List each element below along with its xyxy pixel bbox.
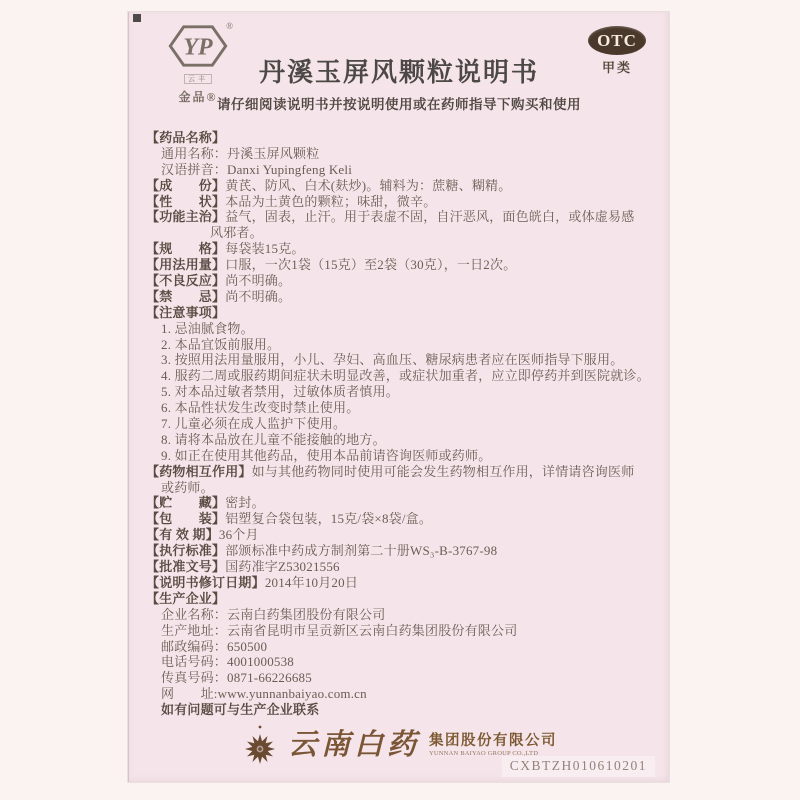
document-line: 【药品名称】 [146, 127, 661, 143]
document-line: 【用法用量】口服，一次1袋（15克）至2袋（30克），一日2次。 [146, 254, 661, 270]
document-line: 【禁 忌】尚不明确。 [146, 286, 661, 302]
document-line: 8. 请将本品放在儿童不能接触的地方。 [146, 429, 661, 445]
document-line: 5. 对本品过敏者禁用，过敏体质者慎用。 [146, 381, 661, 397]
document-line: 【不良反应】尚不明确。 [146, 270, 661, 286]
document-line: 【成 份】黄芪、防风、白术(麸炒)。辅料为：蔗糖、糊精。 [146, 175, 661, 191]
document-line: 3. 按照用法用量服用，小儿、孕妇、高血压、糖尿病患者应在医师指导下服用。 [146, 349, 661, 365]
document-line: 【贮 藏】密封。 [146, 492, 661, 508]
document-line: 电话号码：4001000538 [146, 651, 661, 667]
document-line: 【药物相互作用】如与其他药物同时使用可能会发生药物相互作用，详情请咨询医师 [146, 461, 661, 477]
document-line: 6. 本品性状发生改变时禁止使用。 [146, 397, 661, 413]
document-line: 4. 服药二周或服药期间症状未明显改善，或症状加重者，应立即停药并到医院就诊。 [146, 365, 661, 381]
document-line: 生产地址：云南省昆明市呈贡新区云南白药集团股份有限公司 [146, 620, 661, 636]
document-line: 【执行标准】部颁标准中药成方制剂第二十册WS₃-B-3767-98 [146, 540, 661, 556]
registration-mark [133, 14, 141, 22]
section-text: 尚不明确。 [225, 289, 291, 304]
document-line: 【规 格】每袋装15克。 [146, 238, 661, 254]
document-body: 【药品名称】 通用名称：丹溪玉屏风颗粒 汉语拼音：Danxi Yupingfen… [146, 127, 661, 715]
company-calligraphy: 云南白药 [288, 730, 420, 760]
document-line: 【注意事项】 [146, 302, 661, 318]
document-line: 【生产企业】 [146, 588, 661, 604]
otc-badge: OTC 甲类 [585, 26, 649, 76]
document-line: 【有 效 期】36个月 [146, 524, 661, 540]
document-line: 【功能主治】益气，固表，止汗。用于表虚不固，自汗恶风，面色㿠白，或体虚易感 [146, 206, 661, 222]
document-line: 9. 如正在使用其他药品，使用本品前请咨询医师或药师。 [146, 445, 661, 461]
company-group-block: 集团股份有限公司 YUNNAN BAIYAO GROUP CO.,LTD [429, 733, 557, 757]
section-text: 益气，固表，止汗。用于表虚不固，自汗恶风，面色㿠白，或体虚易感 [225, 209, 634, 224]
document-line: 通用名称：丹溪玉屏风颗粒 [146, 143, 661, 159]
section-text: 如有问题可与生产企业联系 [161, 702, 319, 717]
section-text: 2014年10月20日 [265, 575, 358, 590]
document-line: 7. 儿童必须在成人监护下使用。 [146, 413, 661, 429]
registered-trademark-symbol: ® [226, 21, 233, 31]
document-line: 汉语拼音：Danxi Yupingfeng Keli [146, 159, 661, 175]
leaflet-paper: ® YP 云丰 金品® 丹溪玉屏风颗粒说明书 请仔细阅读说明书并按说明使用或在药… [128, 12, 669, 782]
document-line: 1. 忌油腻食物。 [146, 318, 661, 334]
svg-text:YP: YP [183, 35, 213, 61]
serial-code: CXBTZH010610201 [502, 756, 655, 777]
document-line: 【性 状】本品为土黄色的颗粒；味甜，微辛。 [146, 191, 661, 207]
document-line: 【说明书修订日期】2014年10月20日 [146, 572, 661, 588]
section-text: 如与其他药物同时使用可能会发生药物相互作用，详情请咨询医师 [252, 464, 635, 479]
page-title: 丹溪玉屏风颗粒说明书 [189, 58, 609, 88]
otc-label: OTC [597, 31, 637, 51]
company-suffix: 集团股份有限公司 [429, 733, 557, 749]
document-line: 【批准文号】国药准字Z53021556 [146, 556, 661, 572]
yunnan-baiyao-emblem-icon [241, 724, 279, 766]
otc-mark-icon: OTC [588, 26, 646, 55]
document-line: 如有问题可与生产企业联系 [146, 699, 661, 715]
document-line: 网 址:www.yunnanbaiyao.com.cn [146, 683, 661, 699]
document-line: 传真号码：0871-66226685 [146, 667, 661, 683]
document-line: 企业名称：云南白药集团股份有限公司 [146, 604, 661, 620]
document-line: 2. 本品宜饭前服用。 [146, 334, 661, 350]
document-line: 【包 装】铝塑复合袋包装，15克/袋×8袋/盒。 [146, 508, 661, 524]
usage-notice: 请仔细阅读说明书并按说明使用或在药师指导下购买和使用 [189, 93, 609, 113]
otc-category: 甲类 [585, 57, 649, 76]
document-line: 风邪者。 [146, 222, 661, 238]
header-titles: 丹溪玉屏风颗粒说明书 请仔细阅读说明书并按说明使用或在药师指导下购买和使用 [189, 58, 609, 113]
